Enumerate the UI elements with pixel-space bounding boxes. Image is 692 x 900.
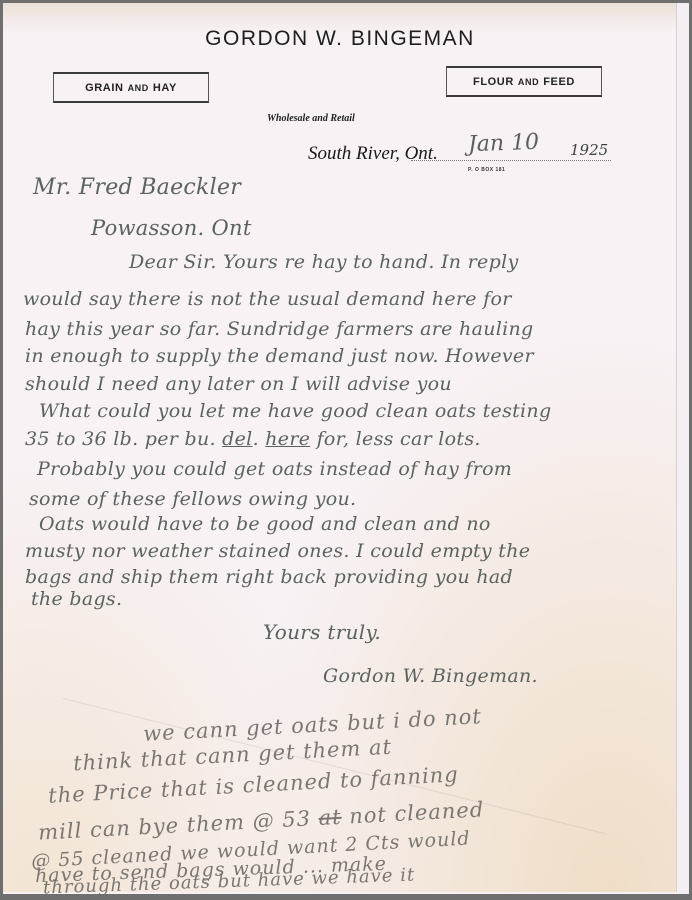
handwritten-date: Jan 10	[468, 130, 540, 157]
year-suffix: 25	[589, 141, 608, 159]
letterhead-place: South River, Ont.	[308, 143, 438, 165]
recipient-name: Mr. Fred Baeckler	[33, 175, 241, 200]
letterhead-flour-feed-box: FLOUR AND FEED	[446, 66, 602, 97]
line-text: 35 to 36 lb. per bu.	[25, 428, 222, 450]
letter-year: 1925	[570, 141, 608, 159]
body-line: should I need any later on I will advise…	[25, 373, 452, 395]
letter-signature: Gordon W. Bingeman.	[323, 665, 538, 687]
letter-closing: Yours truly.	[263, 620, 381, 644]
line-text: not cleaned	[341, 797, 485, 828]
body-line: Probably you could get oats instead of h…	[37, 458, 512, 480]
and-label: AND	[128, 83, 149, 93]
recipient-town: Powasson. Ont	[91, 216, 252, 240]
body-line: in enough to supply the demand just now.…	[25, 345, 534, 367]
body-line: bags and ship them right back providing …	[25, 566, 513, 588]
letterhead-po-box: P. O BOX 181	[468, 167, 505, 173]
struck-word: at	[318, 805, 342, 830]
flour-label: FLOUR	[473, 76, 514, 88]
body-line: What could you let me have good clean oa…	[39, 400, 551, 422]
body-line: the bags.	[31, 588, 122, 610]
letter-sheet: GORDON W. BINGEMAN GRAIN AND HAY FLOUR A…	[3, 3, 677, 892]
line-text: .	[253, 428, 266, 450]
body-line: hay this year so far. Sundridge farmers …	[25, 318, 534, 340]
letterhead-name: GORDON W. BINGEMAN	[3, 27, 677, 51]
body-line: Dear Sir. Yours re hay to hand. In reply	[129, 251, 518, 273]
year-prefix: 19	[570, 141, 589, 159]
hay-label: HAY	[153, 82, 177, 94]
body-line: musty nor weather stained ones. I could …	[25, 540, 530, 562]
letterhead-tagline: Wholesale and Retail	[267, 113, 355, 124]
date-dotted-line	[411, 160, 611, 161]
line-text: for, less car lots.	[310, 428, 480, 450]
body-line: would say there is not the usual demand …	[23, 288, 512, 310]
grain-label: GRAIN	[85, 82, 123, 94]
body-line: 35 to 36 lb. per bu. del. here for, less…	[25, 428, 481, 450]
underlined-here: here	[265, 428, 310, 450]
letter-paper: GORDON W. BINGEMAN GRAIN AND HAY FLOUR A…	[3, 3, 689, 894]
feed-label: FEED	[543, 76, 575, 88]
underlined-del: del	[222, 428, 252, 450]
body-line: some of these fellows owing you.	[29, 488, 356, 510]
scan-frame: GORDON W. BINGEMAN GRAIN AND HAY FLOUR A…	[0, 0, 692, 900]
letterhead-grain-hay-box: GRAIN AND HAY	[53, 72, 209, 103]
scan-edge	[677, 3, 689, 894]
body-line: Oats would have to be good and clean and…	[39, 513, 491, 535]
and-label: AND	[518, 77, 539, 87]
